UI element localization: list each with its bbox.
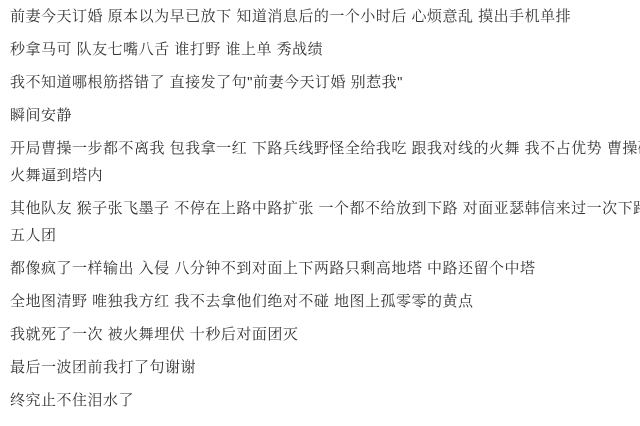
text-line: 其他队友 猴子张飞墨子 不停在上路中路扩张 一个都不给放到下路 对面亚瑟韩信来过…	[10, 195, 640, 222]
text-line: 都像疯了一样输出 入侵 八分钟不到对面上下两路只剩高地塔 中路还留个中塔	[10, 255, 640, 282]
paragraph: 其他队友 猴子张飞墨子 不停在上路中路扩张 一个都不给放到下路 对面亚瑟韩信来过…	[10, 195, 640, 249]
text-line: 开局曹操一步都不离我 包我拿一红 下路兵线野怪全给我吃 跟我对线的火舞 我不占优…	[10, 135, 640, 162]
paragraph: 最后一波团前我打了句谢谢	[10, 354, 640, 381]
text-line: 终究止不住泪水了	[10, 387, 640, 414]
paragraph: 秒拿马可 队友七嘴八舌 谁打野 谁上单 秀战绩	[10, 36, 640, 63]
paragraph: 我就死了一次 被火舞埋伏 十秒后对面团灭	[10, 321, 640, 348]
paragraph: 瞬间安静	[10, 102, 640, 129]
paragraph: 都像疯了一样输出 入侵 八分钟不到对面上下两路只剩高地塔 中路还留个中塔	[10, 255, 640, 282]
text-line: 秒拿马可 队友七嘴八舌 谁打野 谁上单 秀战绩	[10, 36, 640, 63]
text-line: 我不知道哪根筋搭错了 直接发了句"前妻今天订婚 别惹我"	[10, 69, 640, 96]
paragraph: 我不知道哪根筋搭错了 直接发了句"前妻今天订婚 别惹我"	[10, 69, 640, 96]
text-line: 我就死了一次 被火舞埋伏 十秒后对面团灭	[10, 321, 640, 348]
text-line: 瞬间安静	[10, 102, 640, 129]
text-line: 前妻今天订婚 原本以为早已放下 知道消息后的一个小时后 心烦意乱 摸出手机单排	[10, 3, 640, 30]
paragraph: 开局曹操一步都不离我 包我拿一红 下路兵线野怪全给我吃 跟我对线的火舞 我不占优…	[10, 135, 640, 189]
paragraph: 前妻今天订婚 原本以为早已放下 知道消息后的一个小时后 心烦意乱 摸出手机单排	[10, 3, 640, 30]
text-line: 火舞逼到塔内	[10, 162, 640, 189]
paragraph: 终究止不住泪水了	[10, 387, 640, 414]
text-line: 五人团	[10, 222, 640, 249]
paragraph: 全地图清野 唯独我方红 我不去拿他们绝对不碰 地图上孤零零的黄点	[10, 288, 640, 315]
text-line: 全地图清野 唯独我方红 我不去拿他们绝对不碰 地图上孤零零的黄点	[10, 288, 640, 315]
article-body: 前妻今天订婚 原本以为早已放下 知道消息后的一个小时后 心烦意乱 摸出手机单排 …	[0, 0, 640, 414]
text-line: 最后一波团前我打了句谢谢	[10, 354, 640, 381]
